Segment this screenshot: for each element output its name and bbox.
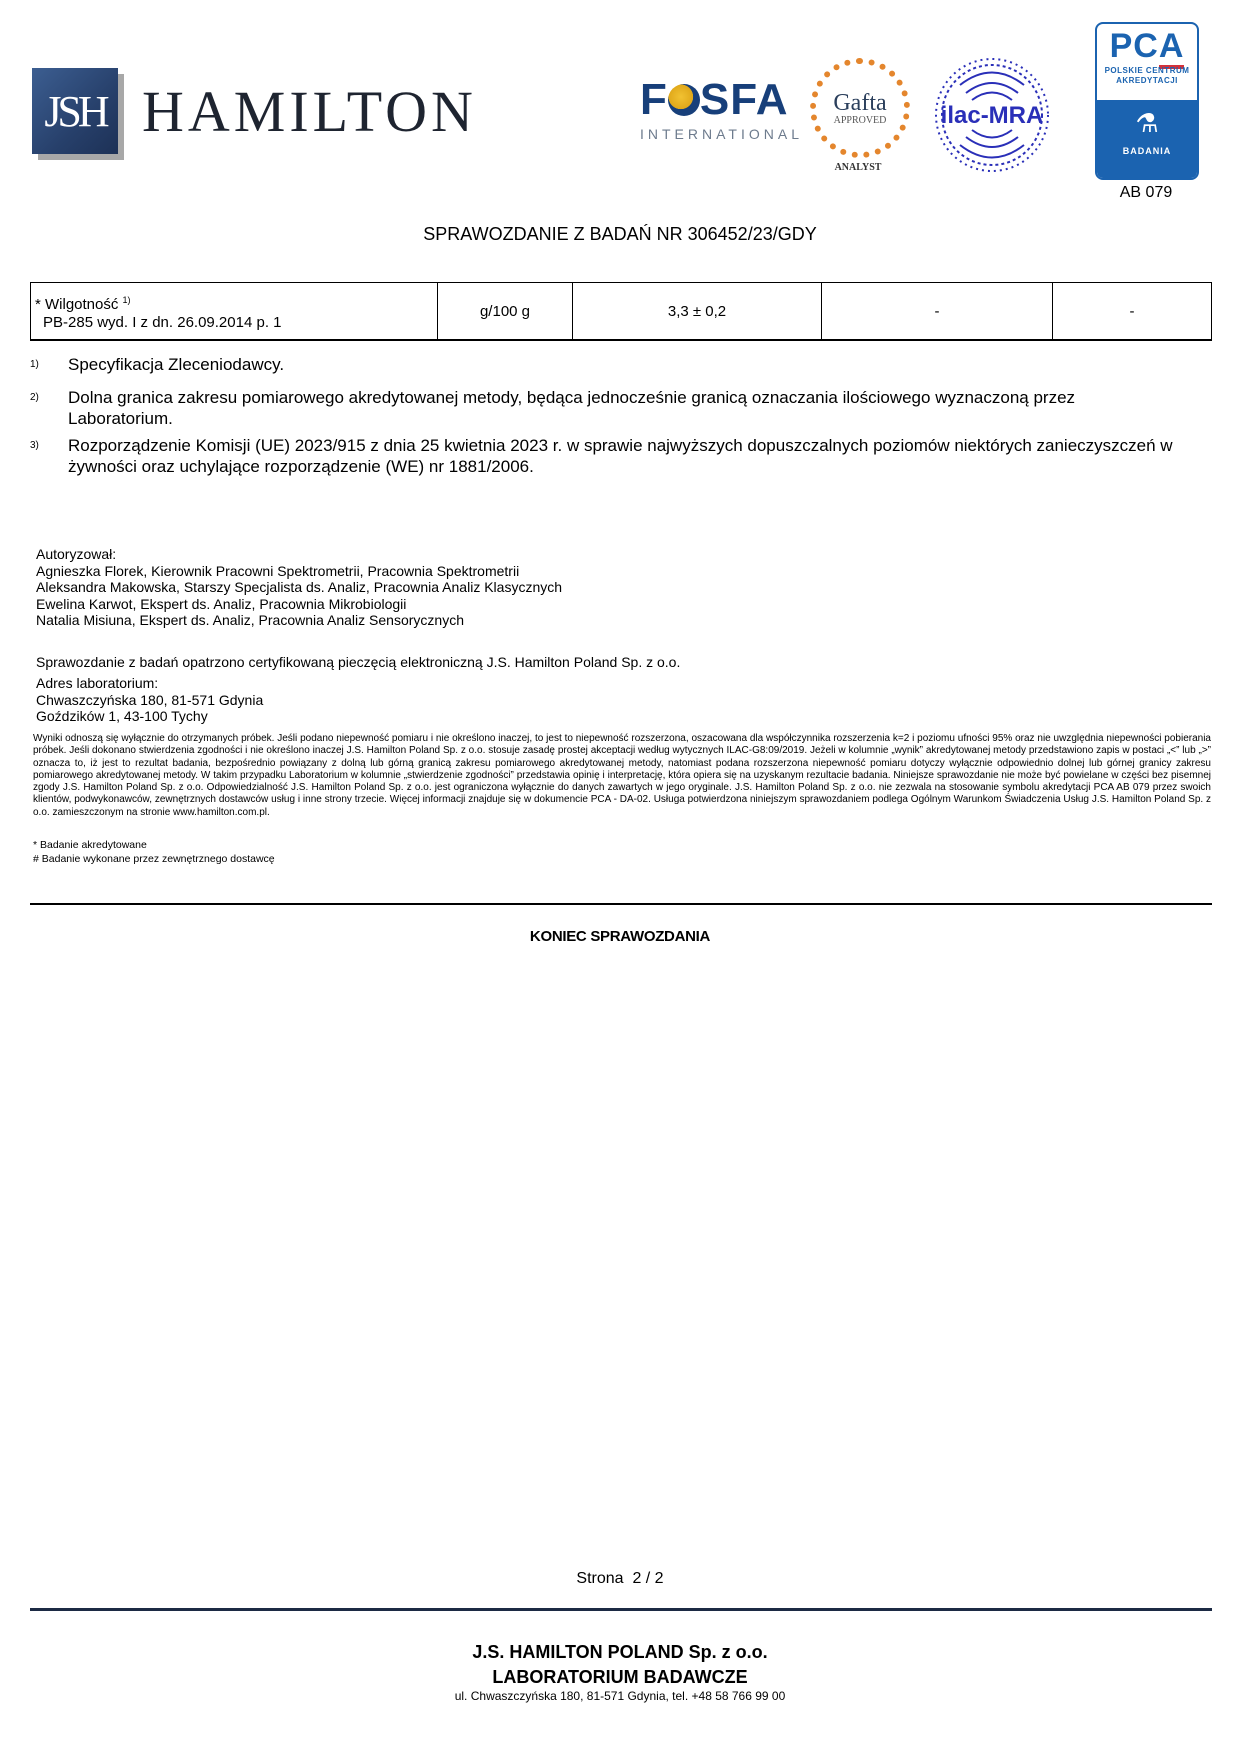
lab-address-line: Chwaszczyńska 180, 81-571 Gdynia: [36, 692, 263, 709]
divider: [30, 903, 1212, 905]
fosfa-letter-f: F: [640, 75, 668, 124]
page-number: Strona 2 / 2: [0, 1570, 1240, 1588]
authorization-block: Autoryzował: Agnieszka Florek, Kierownik…: [36, 546, 562, 629]
fosfa-letters: SFA: [700, 75, 789, 124]
parameter-cell: * Wilgotność 1) PB-285 wyd. I z dn. 26.0…: [31, 283, 438, 341]
footnotes: 1) Specyfikacja Zleceniodawcy. 2) Dolna …: [30, 354, 1180, 489]
footnote-text: Rozporządzenie Komisji (UE) 2023/915 z d…: [68, 435, 1180, 477]
ilac-mra-logo: ilac-MRA: [932, 55, 1052, 175]
hamilton-wordmark: HAMILTON: [142, 78, 477, 145]
pca-line1: POLSKIE CENTRUM: [1097, 66, 1197, 76]
parameter-name: * Wilgotność: [35, 296, 118, 313]
electronic-seal-note: Sprawozdanie z badań opatrzono certyfiko…: [36, 654, 680, 671]
footer-address: ul. Chwaszczyńska 180, 81-571 Gdynia, te…: [0, 1689, 1240, 1703]
gafta-analyst: ANALYST: [810, 162, 906, 173]
hamilton-logo: JSH HAMILTON: [32, 68, 477, 154]
pca-wordmark: PCA: [1097, 24, 1197, 66]
pca-line2: AKREDYTACJI: [1097, 76, 1197, 86]
method-reference: PB-285 wyd. I z dn. 26.09.2014 p. 1: [35, 314, 437, 332]
ilac-emblem-icon: ilac-MRA: [932, 55, 1052, 175]
authorizer: Agnieszka Florek, Kierownik Pracowni Spe…: [36, 563, 562, 580]
monogram-text: JSH: [44, 86, 105, 137]
footnote: 3) Rozporządzenie Komisji (UE) 2023/915 …: [30, 435, 1180, 477]
jsh-monogram-icon: JSH: [32, 68, 118, 154]
unit-cell: g/100 g: [438, 283, 573, 341]
flask-icon: ⚗: [1097, 100, 1197, 146]
pca-badge-frame: PCA POLSKIE CENTRUM AKREDYTACJI ⚗ BADANI…: [1095, 22, 1199, 180]
authorizer: Aleksandra Makowska, Starszy Specjalista…: [36, 579, 562, 596]
footnote-text: Specyfikacja Zleceniodawcy.: [68, 354, 284, 375]
conformity-cell: -: [1053, 283, 1212, 341]
fosfa-subtitle: INTERNATIONAL: [640, 126, 803, 142]
footer-division: LABORATORIUM BADAWCZE: [0, 1665, 1240, 1690]
authorization-label: Autoryzował:: [36, 546, 562, 563]
results-table: * Wilgotność 1) PB-285 wyd. I z dn. 26.0…: [30, 282, 1212, 341]
globe-icon: [668, 84, 700, 116]
wheat-wreath-icon: Gafta APPROVED: [810, 58, 910, 158]
gafta-approved: APPROVED: [834, 115, 887, 126]
page-current: 2 / 2: [632, 1570, 663, 1587]
fosfa-logo: FSFA INTERNATIONAL: [640, 78, 803, 142]
footnote-mark: 2): [30, 387, 68, 429]
authorizer: Natalia Misiuna, Ekspert ds. Analiz, Pra…: [36, 612, 562, 629]
footnote: 1) Specyfikacja Zleceniodawcy.: [30, 354, 1180, 375]
lab-address: Adres laboratorium: Chwaszczyńska 180, 8…: [36, 675, 263, 725]
end-of-report: KONIEC SPRAWOZDANIA: [0, 928, 1240, 945]
parameter-footnote-mark: 1): [123, 295, 131, 305]
footer-divider: [30, 1608, 1212, 1611]
svg-text:ilac-MRA: ilac-MRA: [941, 102, 1044, 129]
legend-external: # Badanie wykonane przez zewnętrznego do…: [33, 852, 275, 866]
footer-company: J.S. HAMILTON POLAND Sp. z o.o. LABORATO…: [0, 1640, 1240, 1690]
report-title: SPRAWOZDANIE Z BADAŃ NR 306452/23/GDY: [0, 224, 1240, 245]
legend-accredited: * Badanie akredytowane: [33, 838, 275, 852]
pca-category: BADANIA: [1097, 146, 1197, 156]
page-label: Strona: [576, 1570, 623, 1587]
fosfa-wordmark: FSFA: [640, 78, 803, 122]
accreditation-code: AB 079: [1095, 184, 1197, 202]
gafta-wordmark: Gafta: [833, 91, 886, 115]
footnote-mark: 1): [30, 354, 68, 375]
footer-company-name: J.S. HAMILTON POLAND Sp. z o.o.: [0, 1640, 1240, 1665]
table-row: * Wilgotność 1) PB-285 wyd. I z dn. 26.0…: [31, 283, 1212, 341]
footnote-text: Dolna granica zakresu pomiarowego akredy…: [68, 387, 1180, 429]
footnote-mark: 3): [30, 435, 68, 477]
authorizer: Ewelina Karwot, Ekspert ds. Analiz, Prac…: [36, 596, 562, 613]
pca-letter-a: A: [1159, 27, 1185, 69]
gafta-logo: Gafta APPROVED ANALYST: [810, 58, 906, 173]
legend: * Badanie akredytowane # Badanie wykonan…: [33, 838, 275, 866]
result-cell: 3,3 ± 0,2: [573, 283, 822, 341]
pca-accreditation-badge: PCA POLSKIE CENTRUM AKREDYTACJI ⚗ BADANI…: [1095, 22, 1197, 202]
footnote: 2) Dolna granica zakresu pomiarowego akr…: [30, 387, 1180, 429]
requirement-cell: -: [822, 283, 1053, 341]
lab-address-line: Goździków 1, 43-100 Tychy: [36, 708, 263, 725]
lab-address-label: Adres laboratorium:: [36, 675, 263, 692]
pca-letters: PC: [1110, 27, 1159, 65]
disclaimer: Wyniki odnoszą się wyłącznie do otrzyman…: [33, 733, 1211, 819]
